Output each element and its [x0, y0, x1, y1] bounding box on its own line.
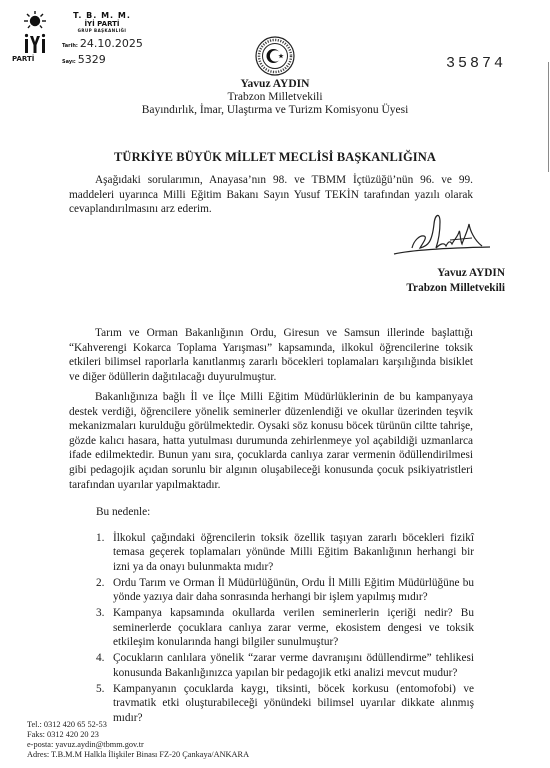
- document-title: TÜRKİYE BÜYÜK MİLLET MECLİSİ BAŞKANLIĞIN…: [0, 150, 550, 165]
- tbmm-emblem-icon: [255, 36, 295, 76]
- signature-name: Yavuz AYDIN: [360, 266, 505, 281]
- stamp-number-label: Sayı:: [62, 59, 76, 65]
- iyi-parti-logo-icon: [20, 10, 50, 60]
- body-text-1: Tarım ve Orman Bakanlığının Ordu, Giresu…: [69, 327, 473, 383]
- stamp-org-line3: GRUP BAŞKANLIĞI: [62, 28, 142, 34]
- reason-label: Bu nedenle:: [96, 506, 150, 518]
- stamp-date-value: 24.10.2025: [80, 37, 143, 50]
- stamp-date-label: Tarih:: [62, 43, 78, 49]
- question-item: 3.Kampanya kapsamında okullarda verilen …: [96, 606, 474, 649]
- question-item: 4.Çocukların canlılara yönelik “zarar ve…: [96, 651, 474, 680]
- contact-footer: Tel.: 0312 420 65 52-53 Faks: 0312 420 2…: [27, 720, 249, 760]
- question-list: 1.İlkokul çağındaki öğrencilerin toksik …: [96, 531, 474, 727]
- header-name: Yavuz AYDIN: [0, 78, 550, 91]
- stamp-org-line1: T. B. M. M.: [62, 11, 142, 20]
- contact-tel: Tel.: 0312 420 65 52-53: [27, 720, 249, 730]
- body-paragraph-2: Bakanlığınıza bağlı İl ve İlçe Milli Eği…: [69, 390, 473, 492]
- party-label: PARTİ: [12, 55, 34, 63]
- contact-email[interactable]: e-posta: yavuz.aydin@tbmm.gov.tr: [27, 740, 249, 750]
- contact-fax: Faks: 0312 420 20 23: [27, 730, 249, 740]
- stamp-org-line2: İYİ PARTİ: [62, 20, 142, 28]
- document-number: 35874: [446, 55, 506, 72]
- signature-icon: [392, 210, 492, 260]
- contact-address: Adres: T.B.M.M Halkla İlişkiler Binası F…: [27, 750, 249, 760]
- question-item: 2.Ordu Tarım ve Orman İl Müdürlüğünün, O…: [96, 576, 474, 605]
- signature-block: Yavuz AYDIN Trabzon Milletvekili: [360, 266, 505, 296]
- header-committee: Bayındırlık, İmar, Ulaştırma ve Turizm K…: [0, 104, 550, 117]
- question-item: 5.Kampanyanın çocuklarda kaygı, tiksinti…: [96, 682, 474, 725]
- header-role: Trabzon Milletvekili: [0, 91, 550, 104]
- body-text-2: Bakanlığınıza bağlı İl ve İlçe Milli Eği…: [69, 391, 473, 491]
- body-paragraph-1: Tarım ve Orman Bakanlığının Ordu, Giresu…: [69, 326, 473, 384]
- signature-role: Trabzon Milletvekili: [360, 281, 505, 296]
- letterhead: Yavuz AYDIN Trabzon Milletvekili Bayındı…: [0, 78, 550, 117]
- stamp-number-row: Sayı: 5329: [62, 53, 142, 66]
- stamp-number-value: 5329: [78, 53, 106, 66]
- stamp-date-row: Tarih: 24.10.2025: [62, 37, 142, 50]
- question-item: 1.İlkokul çağındaki öğrencilerin toksik …: [96, 531, 474, 574]
- intro-text: Aşağıdaki sorularımın, Anayasa’nın 98. v…: [69, 174, 473, 215]
- stamp: T. B. M. M. İYİ PARTİ GRUP BAŞKANLIĞI Ta…: [62, 11, 142, 66]
